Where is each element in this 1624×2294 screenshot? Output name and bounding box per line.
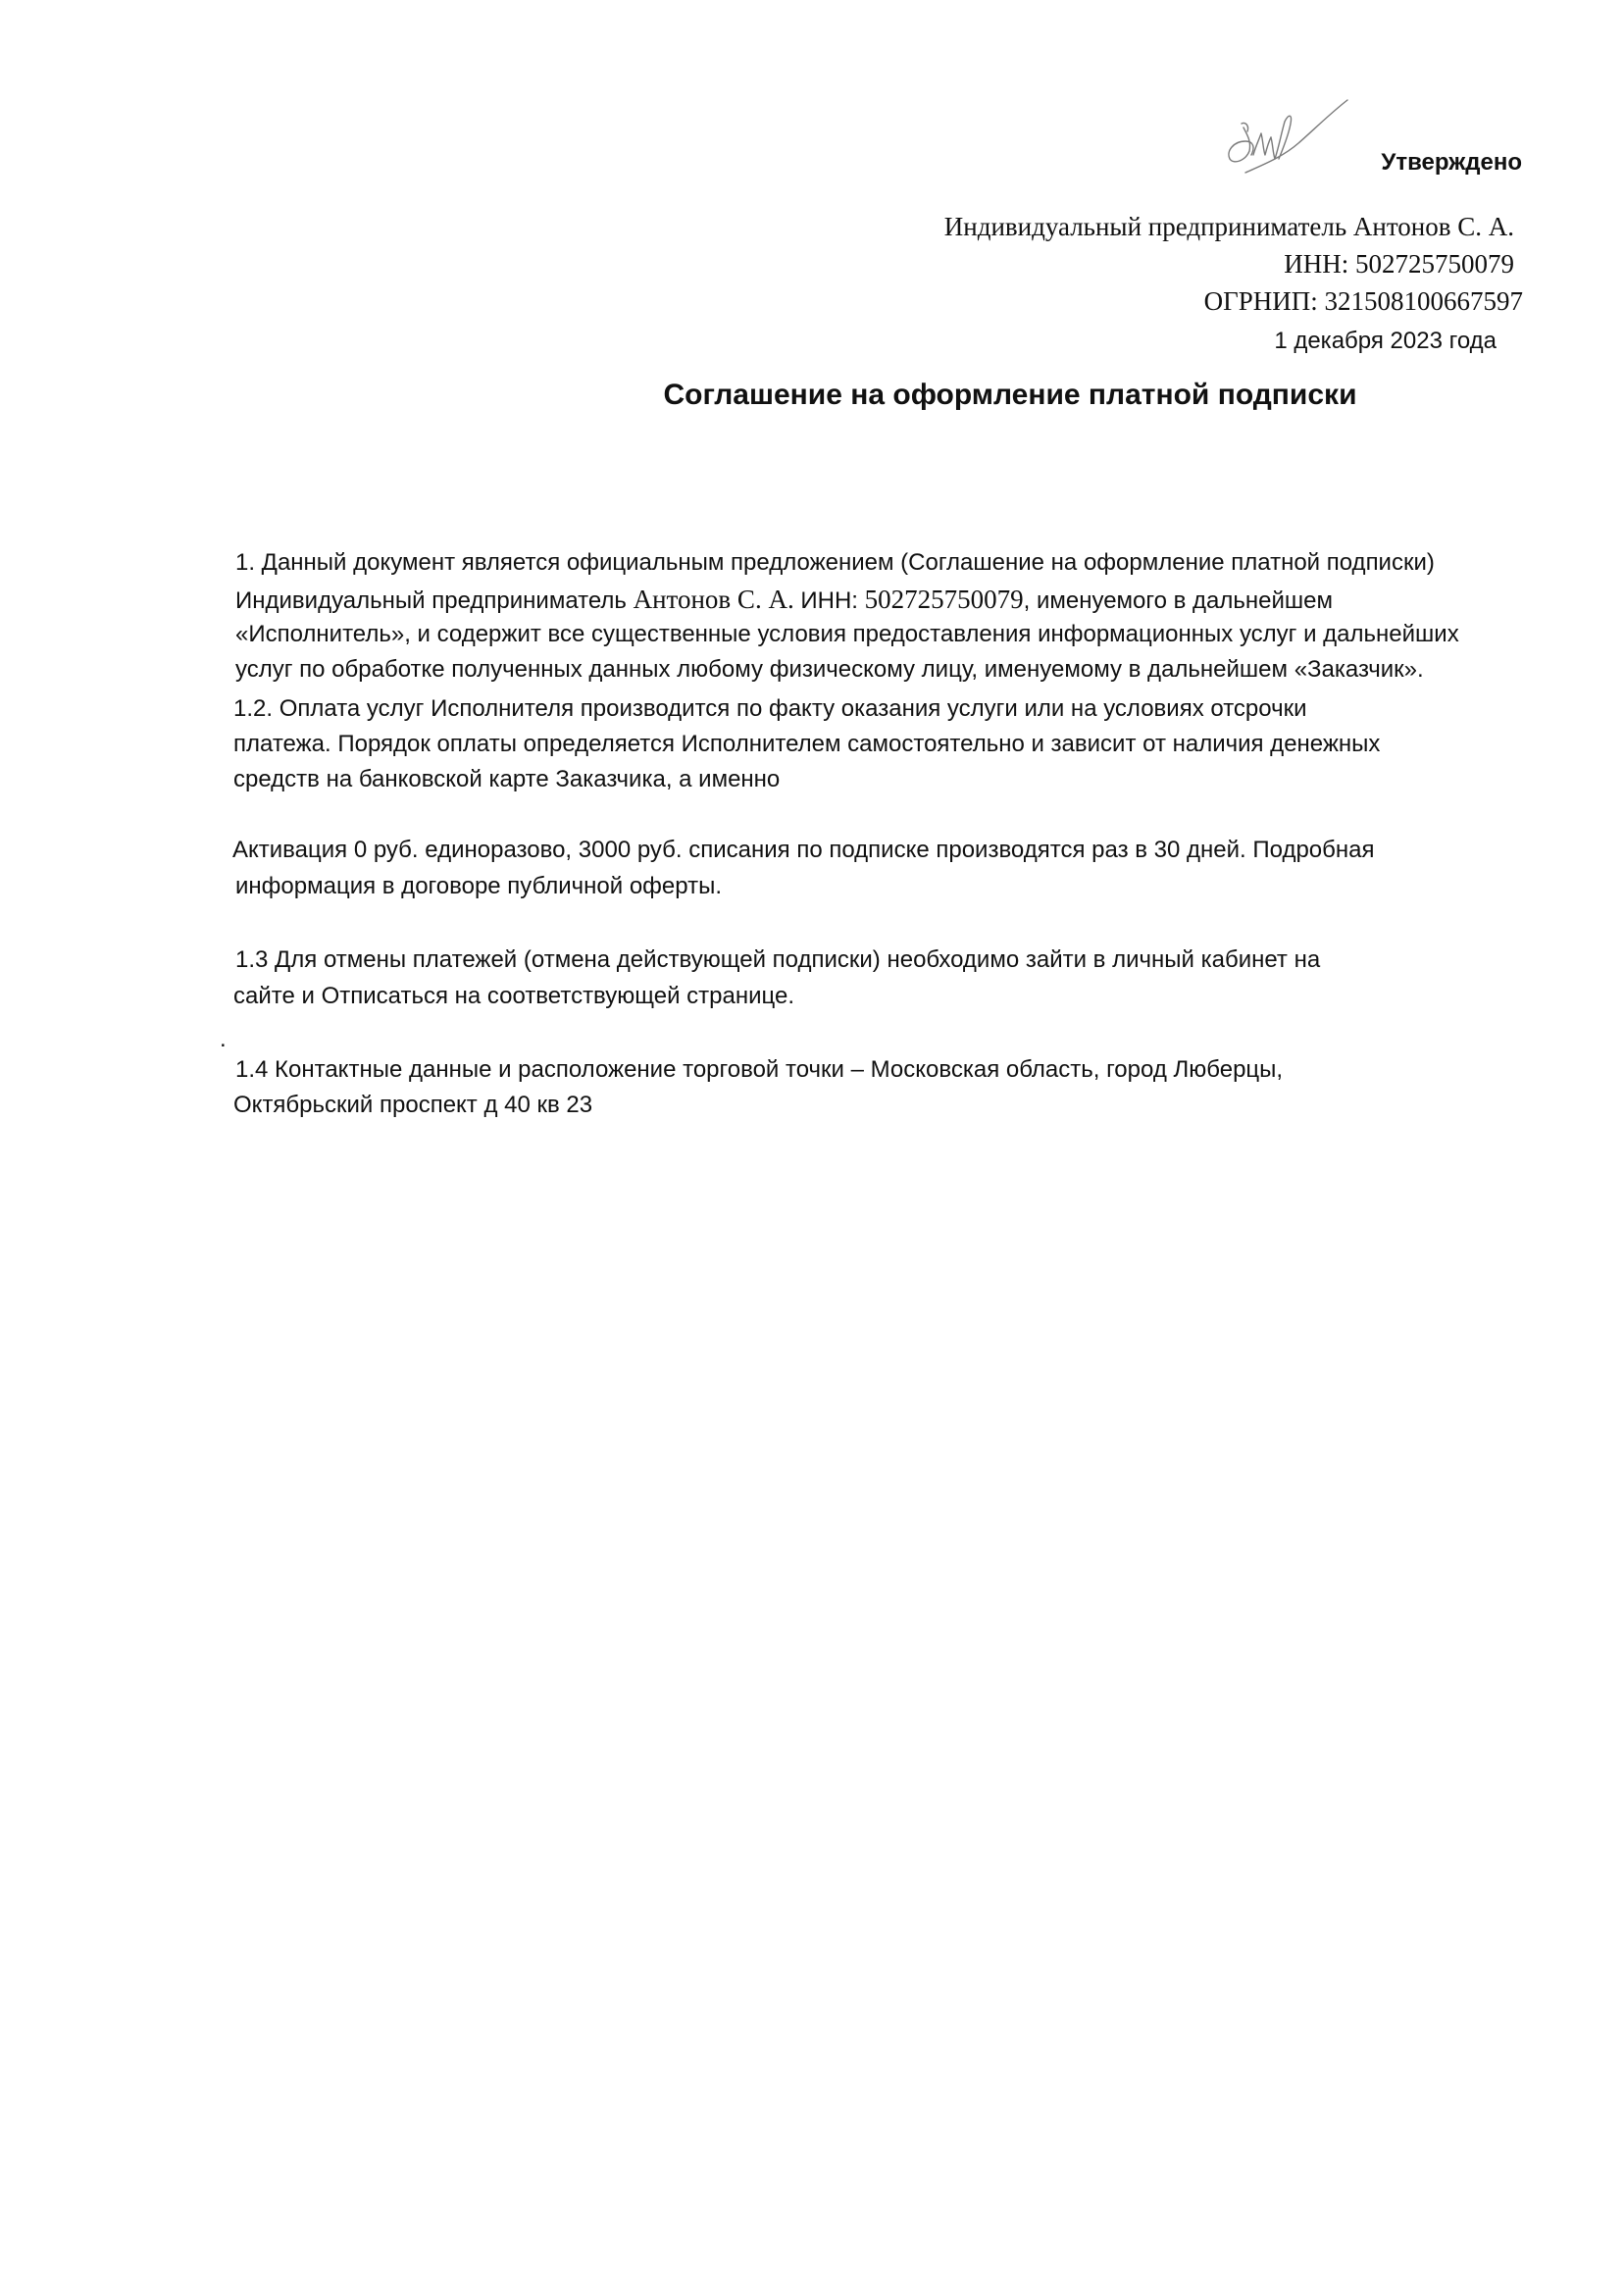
activation-line-2: информация в договоре публичной оферты.	[235, 873, 722, 900]
section-1-4-line-2: Октябрьский проспект д 40 кв 23	[233, 1092, 592, 1119]
text-fragment: Индивидуальный предприниматель	[235, 587, 634, 614]
approved-label: Утверждено	[1381, 149, 1522, 177]
inn-number: ИНН: 502725750079	[1284, 249, 1514, 280]
ogrnip-number: ОГРНИП: 321508100667597	[1204, 286, 1523, 317]
document-date: 1 декабря 2023 года	[1274, 328, 1497, 355]
document-title: Соглашение на оформление платной подписк…	[0, 379, 1624, 412]
section-1-line-1: 1. Данный документ является официальным …	[235, 549, 1435, 577]
entrepreneur-name: Индивидуальный предприниматель Антонов С…	[944, 212, 1514, 242]
inn-inline: 502725750079	[865, 585, 1024, 614]
signature-icon	[1224, 96, 1349, 177]
text-fragment: , именуемого в дальнейшем	[1024, 587, 1333, 614]
section-1-3-line-1: 1.3 Для отмены платежей (отмена действую…	[235, 946, 1320, 974]
section-1-2-line-1: 1.2. Оплата услуг Исполнителя производит…	[233, 695, 1307, 723]
section-1-4-line-1: 1.4 Контактные данные и расположение тор…	[235, 1056, 1283, 1084]
section-1-line-4: услуг по обработке полученных данных люб…	[235, 656, 1424, 684]
entrepreneur-name-inline: Антонов С. А.	[634, 585, 794, 614]
section-1-line-2: Индивидуальный предприниматель Антонов С…	[235, 585, 1333, 615]
section-1-3-line-2: сайте и Отписаться на соответствующей ст…	[233, 983, 794, 1010]
section-1-line-3: «Исполнитель», и содержит все существенн…	[235, 621, 1459, 648]
stray-dot: .	[220, 1026, 227, 1053]
section-1-2-line-2: платежа. Порядок оплаты определяется Исп…	[233, 731, 1380, 758]
section-1-2-line-3: средств на банковской карте Заказчика, а…	[233, 766, 780, 793]
activation-line-1: Активация 0 руб. единоразово, 3000 руб. …	[232, 837, 1374, 864]
text-fragment: ИНН:	[794, 587, 865, 614]
